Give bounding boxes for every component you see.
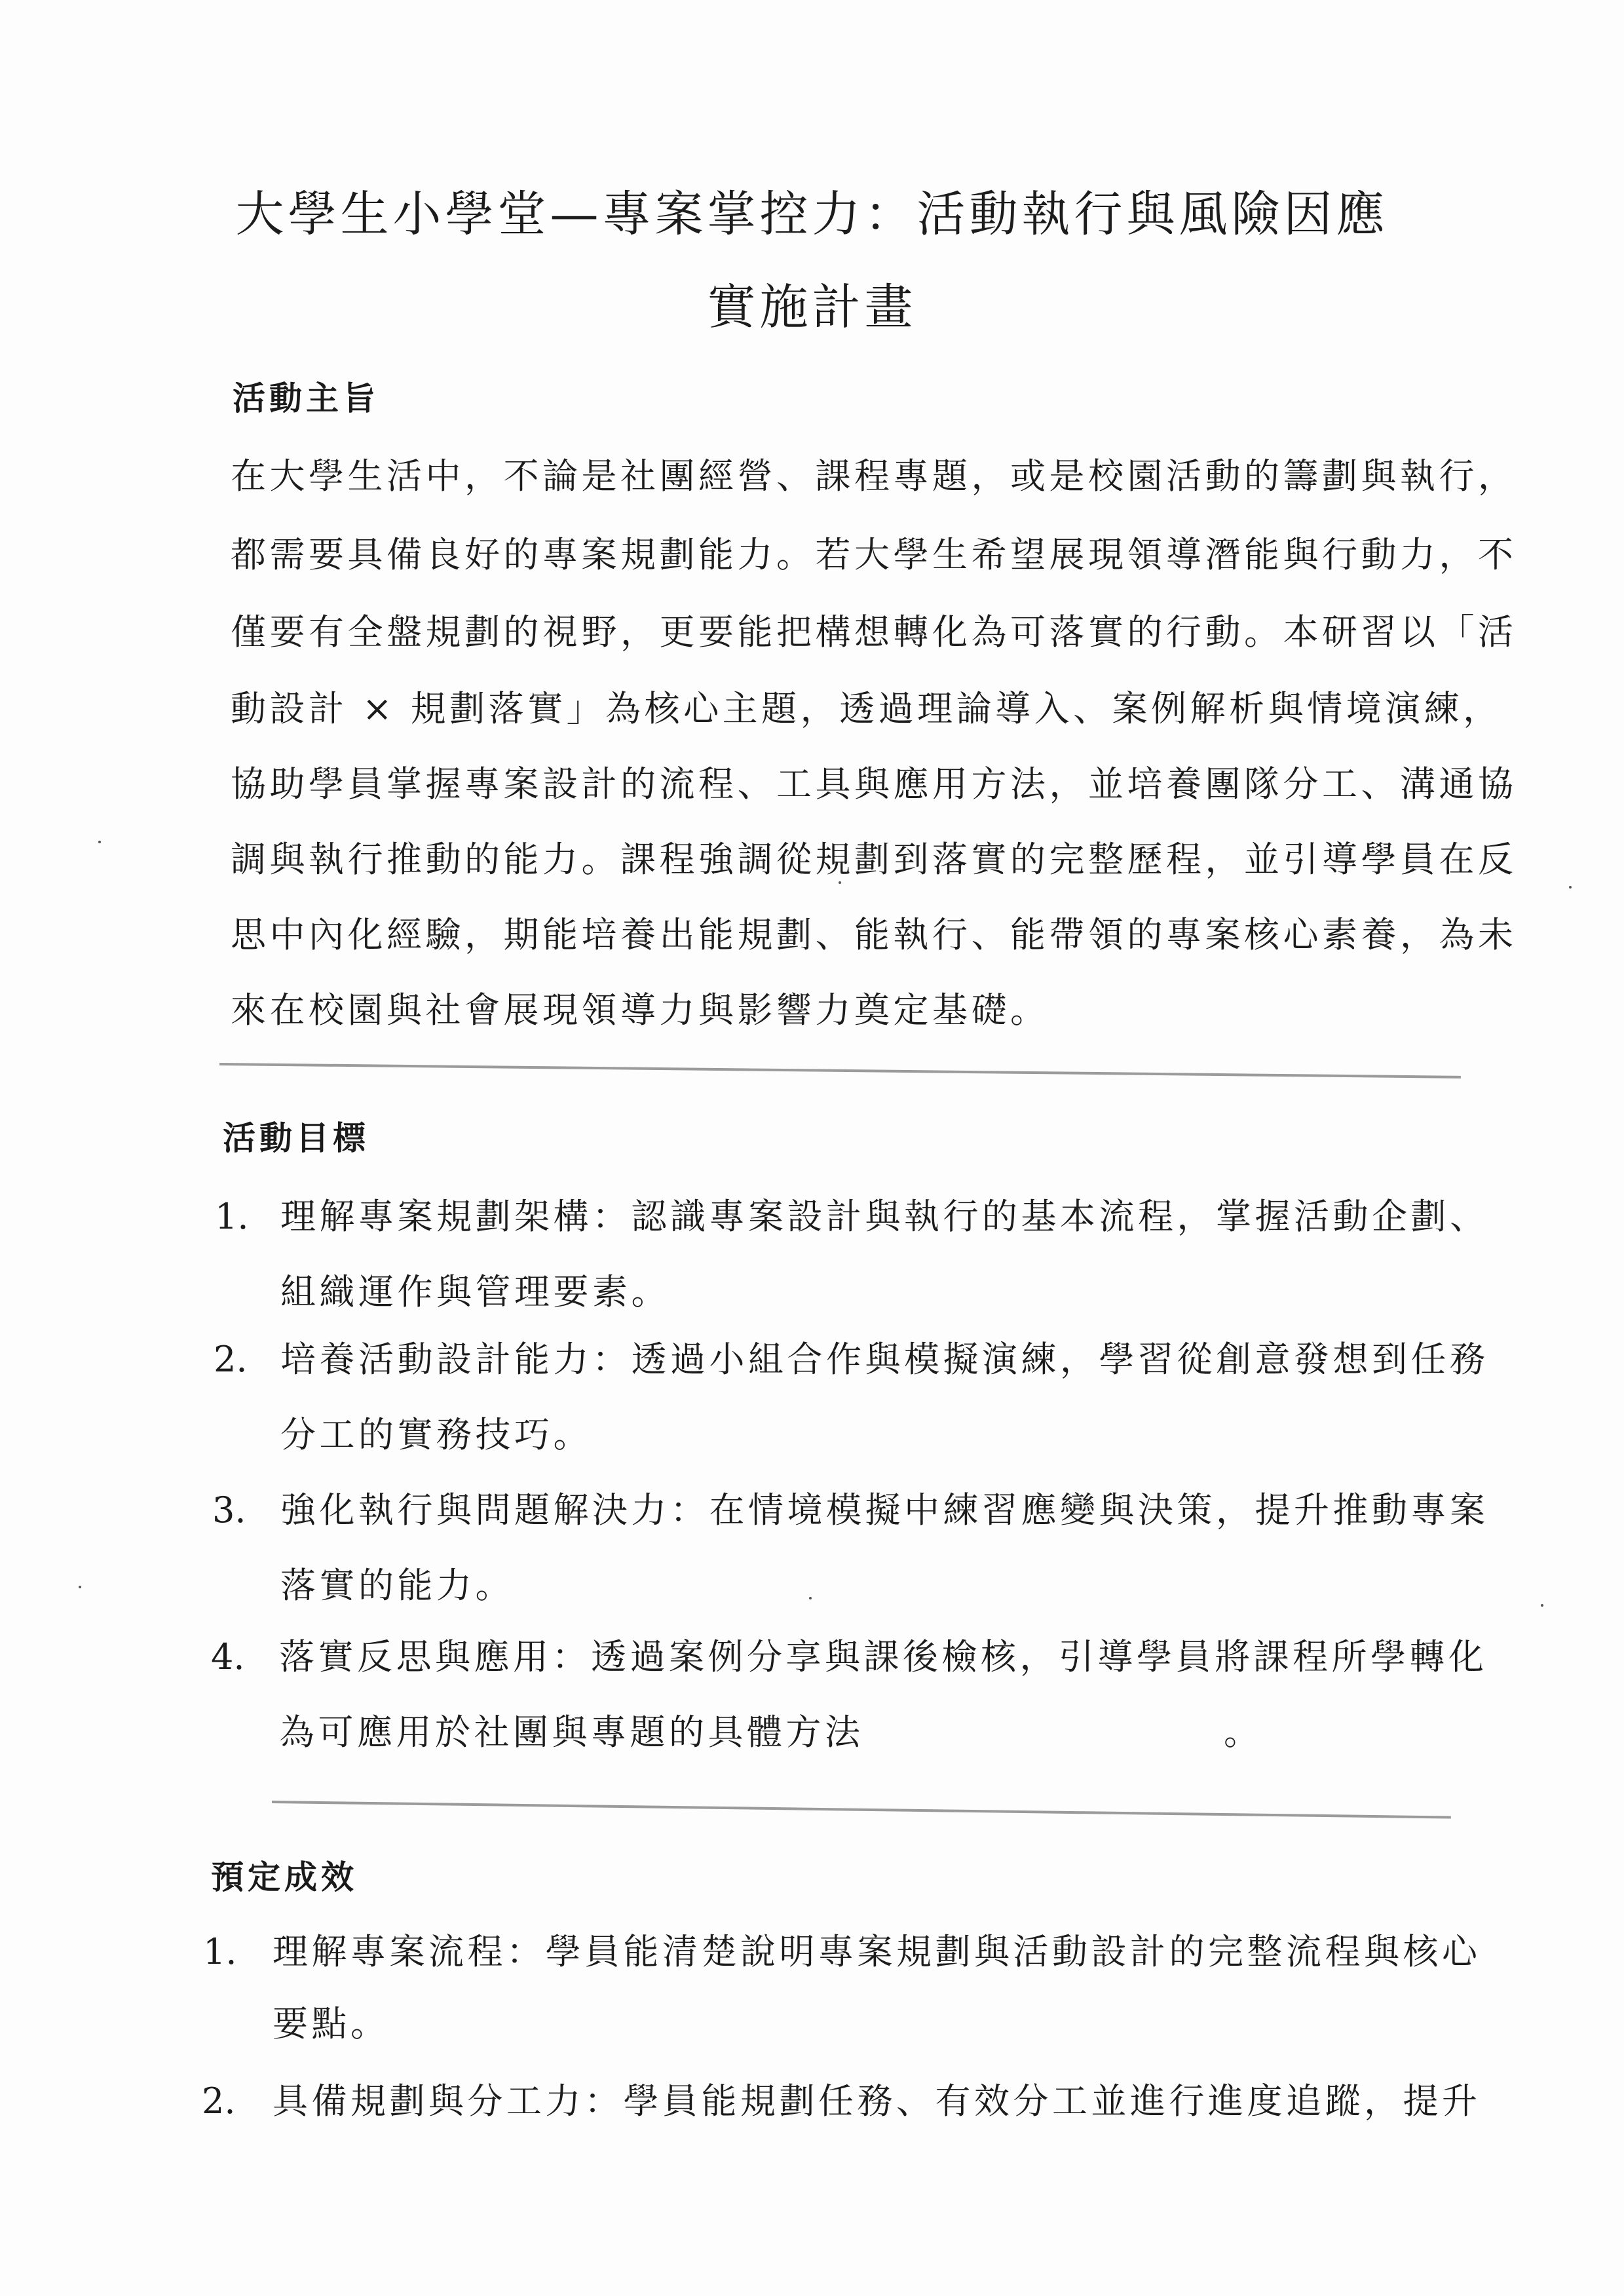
outcome-number: 1. — [203, 1934, 237, 1970]
document-title: 大學生小學堂—專案掌控力：活動執行與風險因應 — [0, 190, 1624, 239]
section-divider — [272, 1801, 1451, 1819]
section-heading-purpose: 活動主旨 — [233, 382, 379, 415]
scan-speck — [1541, 1604, 1543, 1607]
purpose-line: 調與執行推動的能力。課程強調從規劃到落實的完整歷程，並引導學員在反 — [231, 842, 1465, 877]
scan-speck — [839, 881, 841, 884]
purpose-line: 來在校園與社會展現領導力與影響力奠定基礎。 — [231, 993, 1465, 1028]
section-heading-objectives: 活動目標 — [223, 1122, 369, 1155]
document-subtitle: 實施計畫 — [0, 283, 1624, 332]
scan-speck — [98, 841, 101, 843]
objective-trailing-period: 。 — [1224, 1715, 1263, 1750]
outcome-line: 要點。 — [273, 2006, 390, 2042]
purpose-line: 動設計 × 規劃落實」為核心主題，透過理論導入、案例解析與情境演練， — [231, 691, 1465, 727]
outcome-line: 理解專案流程：學員能清楚說明專案規劃與活動設計的完整流程與核心 — [273, 1934, 1481, 1970]
scan-speck — [79, 1586, 81, 1588]
objective-number: 4. — [211, 1639, 245, 1675]
scan-speck — [809, 1597, 812, 1599]
objective-number: 3. — [212, 1493, 246, 1528]
objective-number: 2. — [214, 1342, 248, 1377]
objective-line: 落實的能力。 — [280, 1568, 514, 1603]
scanned-page: 大學生小學堂—專案掌控力：活動執行與風險因應 實施計畫 活動主旨 在大學生活中，… — [0, 0, 1624, 2296]
purpose-line: 協助學員掌握專案設計的流程、工具與應用方法，並培養團隊分工、溝通協 — [231, 767, 1465, 802]
objective-line: 理解專案規劃架構：認識專案設計與執行的基本流程，掌握活動企劃、 — [280, 1199, 1489, 1234]
outcome-number: 2. — [202, 2084, 236, 2119]
objective-line: 組織運作與管理要素。 — [280, 1274, 670, 1310]
outcome-line: 具備規劃與分工力：學員能規劃任務、有效分工並進行進度追蹤，提升 — [273, 2084, 1481, 2119]
objective-line: 落實反思與應用：透過案例分享與課後檢核，引導學員將課程所學轉化 — [279, 1639, 1488, 1675]
scan-speck — [1569, 886, 1572, 889]
section-divider — [219, 1063, 1461, 1079]
purpose-line: 在大學生活中，不論是社團經營、課程專題，或是校園活動的籌劃與執行， — [231, 459, 1465, 494]
objective-line: 強化執行與問題解決力：在情境模擬中練習應變與決策，提升推動專案 — [280, 1493, 1489, 1528]
purpose-line: 思中內化經驗，期能培養出能規劃、能執行、能帶領的專案核心素養，為未 — [231, 917, 1465, 953]
objective-line: 培養活動設計能力：透過小組合作與模擬演練，學習從創意發想到任務 — [280, 1342, 1489, 1377]
objective-number: 1. — [215, 1199, 249, 1234]
objective-line: 分工的實務技巧。 — [280, 1417, 592, 1453]
section-heading-outcomes: 預定成效 — [211, 1861, 358, 1894]
purpose-line: 僅要有全盤規劃的視野，更要能把構想轉化為可落實的行動。本研習以「活 — [231, 615, 1465, 650]
purpose-line: 都需要具備良好的專案規劃能力。若大學生希望展現領導潛能與行動力，不 — [231, 537, 1465, 573]
objective-line: 為可應用於社團與專題的具體方法 — [279, 1715, 864, 1750]
